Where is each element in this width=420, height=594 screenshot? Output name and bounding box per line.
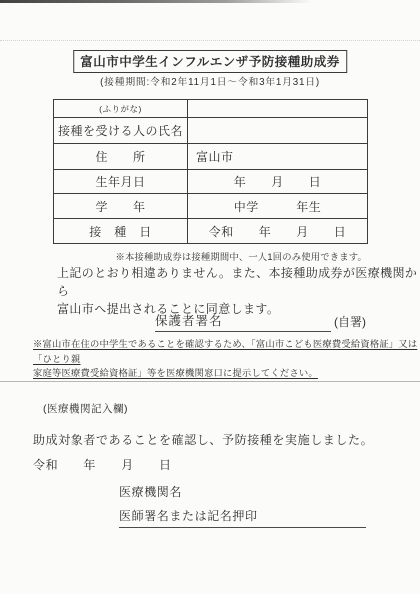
- eligibility-fine-print: ※富山市在住の中学生であることを確認するため、「富山市こども医療費受給資格証」又…: [33, 337, 420, 381]
- table-row-birthdate: 生年月日 年 月 日: [54, 169, 367, 193]
- table-row-furigana: (ふりがな): [54, 100, 367, 117]
- voucher-title: 富山市中学生インフルエンザ予防接種助成券: [73, 50, 347, 73]
- medical-date-line: 令和 年 月 日: [33, 456, 172, 473]
- guardian-signature-line: 保護者署名: [155, 311, 331, 332]
- fine-print-line-2: 家庭等医療費受給資格証」等を医療機関窓口に提示してください。: [33, 366, 420, 381]
- fine-print-line-1: ※富山市在住の中学生であることを確認するため、「富山市こども医療費受給資格証」又…: [33, 337, 420, 366]
- birthdate-label: 生年月日: [54, 170, 188, 193]
- table-row-grade: 学 年 中学 年生: [54, 193, 367, 218]
- vaccination-date-field: 令和 年 月 日: [188, 219, 367, 243]
- single-use-note: ※本接種助成券は接種期間中、一人1回のみ使用できます。: [115, 249, 367, 263]
- consent-statement: 上記のとおり相違ありません。また、本接種助成券が医療機関から 富山市へ提出される…: [57, 264, 420, 318]
- grade-label: 学 年: [54, 194, 188, 218]
- grade-field: 中学 年生: [188, 194, 367, 218]
- vaccination-period: (接種期間:令和2年11月1日〜令和3年1月31日): [0, 74, 420, 88]
- name-field: [188, 118, 367, 143]
- table-row-address: 住 所 富山市: [54, 143, 367, 169]
- consent-line-1: 上記のとおり相違ありません。また、本接種助成券が医療機関から: [57, 264, 420, 300]
- scan-artifact-top-edge: [0, 0, 312, 3]
- vaccination-date-label: 接 種 日: [54, 219, 188, 243]
- doctor-signature-line: 医師署名または記名押印: [119, 507, 366, 528]
- birthdate-field: 年 月 日: [188, 170, 367, 193]
- medical-section-header: (医療機関記入欄): [43, 401, 128, 416]
- self-signature-label: (自署): [334, 313, 366, 332]
- guardian-signature-row: 保護者署名 (自署): [155, 311, 366, 332]
- institution-name-label: 医療機関名: [119, 483, 182, 500]
- section-divider-line: [0, 381, 420, 382]
- scanned-subsidy-voucher: 富山市中学生インフルエンザ予防接種助成券 (接種期間:令和2年11月1日〜令和3…: [0, 0, 420, 594]
- table-row-name: 接種を受ける人の氏名: [54, 117, 367, 143]
- address-field: 富山市: [188, 144, 367, 169]
- furigana-label: (ふりがな): [54, 100, 188, 117]
- applicant-info-table: (ふりがな) 接種を受ける人の氏名 住 所 富山市 生年月日 年 月 日 学 年…: [53, 99, 368, 244]
- medical-confirmation-text: 助成対象者であることを確認し、予防接種を実施しました。: [33, 431, 373, 448]
- table-row-vaccination-date: 接 種 日 令和 年 月 日: [54, 218, 367, 243]
- perforation-dotted-line: [0, 40, 420, 41]
- name-label: 接種を受ける人の氏名: [54, 118, 188, 143]
- address-label: 住 所: [54, 144, 188, 169]
- furigana-field: [188, 100, 367, 117]
